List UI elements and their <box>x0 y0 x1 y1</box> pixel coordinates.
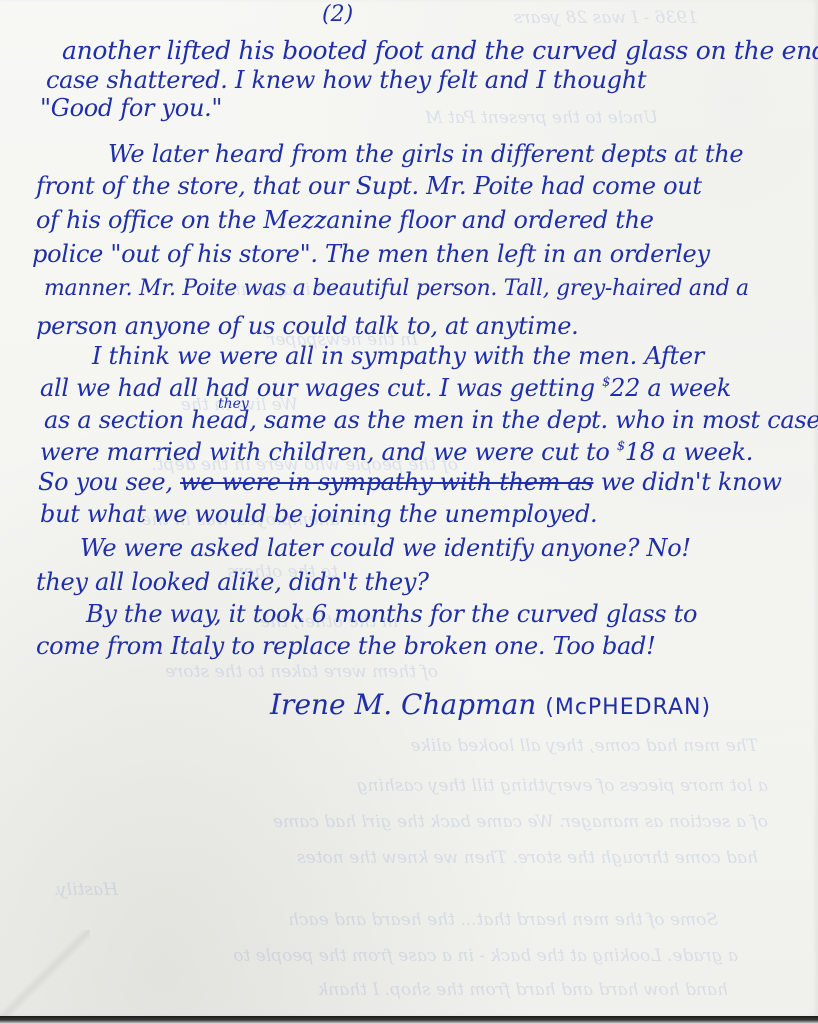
bleed-line: of them were taken to the store <box>165 662 438 682</box>
bleed-line: Uncle to the present Pat M <box>425 108 658 128</box>
letter-line: We later heard from the girls in differe… <box>108 140 743 168</box>
signature: Irene M. Chapman (McPHEDRAN) <box>270 688 711 721</box>
bleed-line: hand how hard and hard from the shop. I … <box>318 980 728 1000</box>
letter-line: as a section head, same as the men in th… <box>44 406 818 434</box>
letter-line: "Good for you." <box>40 94 222 122</box>
letter-line: police "out of his store". The men then … <box>32 240 710 268</box>
wage-amount: 18 <box>625 438 655 466</box>
dollar-sign: $ <box>602 375 610 390</box>
signature-name: Irene M. Chapman <box>270 688 536 721</box>
letter-line: they all looked alike, didn't they? <box>36 568 429 596</box>
bleed-line: Hastily. <box>54 880 118 900</box>
letter-line: By the way, it took 6 months for the cur… <box>86 600 697 628</box>
bleed-line: a lot more pieces of everything till the… <box>357 776 768 796</box>
bleed-line: Some of the men heard that... the heard … <box>288 910 718 930</box>
signature-maiden-name: (McPHEDRAN) <box>545 695 711 720</box>
paper-crease <box>0 930 90 1016</box>
bleed-line: The men had come, they all looked alike <box>410 736 758 756</box>
line-text: a week. <box>655 438 753 466</box>
letter-line: manner. Mr. Poite was a beautiful person… <box>44 276 749 301</box>
wage-amount: 22 <box>610 374 640 402</box>
bleed-line: 1936 - I was 28 years <box>514 8 698 28</box>
letter-page: 1936 - I was 28 years Uncle to the prese… <box>0 0 818 1016</box>
letter-line: case shattered. I knew how they felt and… <box>46 66 646 94</box>
letter-line: We were asked later could we identify an… <box>80 534 691 562</box>
letter-line: all we had all had our wages cut. I was … <box>40 374 731 402</box>
letter-line: So you see, we were in sympathy with the… <box>38 468 782 496</box>
letter-line: were married with children, and we were … <box>40 438 753 466</box>
letter-line: of his office on the Mezzanine floor and… <box>36 206 654 234</box>
bleed-line: of a section as manager. We came back th… <box>273 812 768 832</box>
letter-line: front of the store, that our Supt. Mr. P… <box>36 172 702 200</box>
line-text: we didn't know <box>593 468 781 496</box>
letter-line: come from Italy to replace the broken on… <box>36 632 655 660</box>
letter-line: person anyone of us could talk to, at an… <box>36 312 579 340</box>
dollar-sign: $ <box>617 439 625 454</box>
line-text: a week <box>640 374 731 402</box>
letter-line: but what we would be joining the unemplo… <box>40 500 597 528</box>
page-number: (2) <box>322 2 353 27</box>
bleed-line: a grade. Looking at the back - in a case… <box>233 946 738 966</box>
bleed-line: had come through the store. Then we knew… <box>297 848 758 868</box>
scan-bottom-edge <box>0 1016 818 1024</box>
letter-line: I think we were all in sympathy with the… <box>92 342 704 370</box>
struck-out-text: we were in sympathy with them as <box>180 468 593 496</box>
line-text: all we had all had our wages cut. I was … <box>40 374 602 402</box>
letter-line: another lifted his booted foot and the c… <box>62 36 818 65</box>
line-text: were married with children, and we were … <box>40 438 617 466</box>
line-text: So you see, <box>38 468 180 496</box>
